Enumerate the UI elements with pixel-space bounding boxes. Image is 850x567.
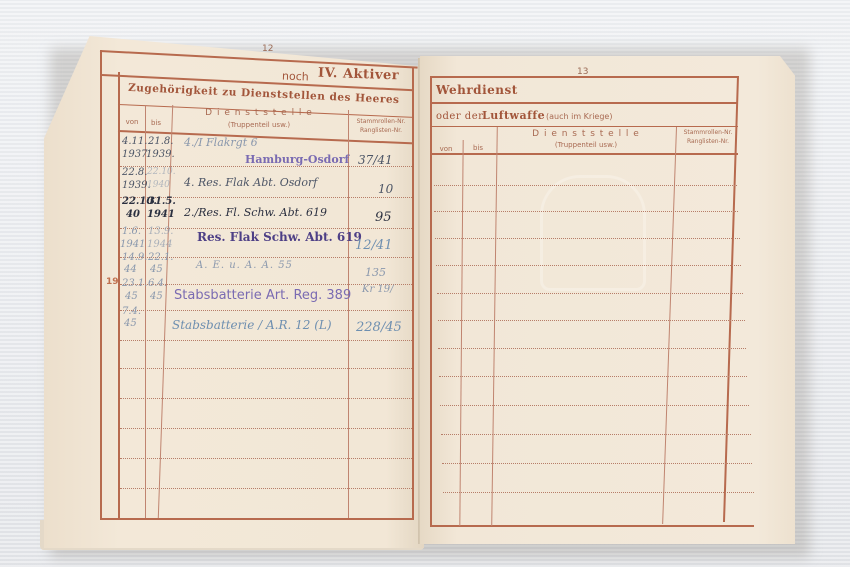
header-title: IV. Aktiver bbox=[318, 66, 400, 84]
row-line bbox=[435, 238, 740, 239]
row-line bbox=[120, 458, 412, 459]
row-von-day: 7.4. bbox=[122, 306, 141, 317]
row-line bbox=[442, 463, 752, 464]
row-number: 228/45 bbox=[356, 320, 402, 335]
row-line bbox=[436, 265, 741, 266]
row-stamp: Res. Flak Schw. Abt. 619 bbox=[197, 230, 362, 244]
inner-frame-left bbox=[118, 72, 120, 518]
header-divider bbox=[430, 102, 738, 104]
row-number: 95 bbox=[375, 210, 392, 225]
col-header-stamm: Stammrollen-Nr. bbox=[350, 118, 412, 125]
row-number: 12/41 bbox=[355, 238, 392, 253]
row-von-year: 1937 bbox=[122, 149, 147, 160]
eagle-watermark bbox=[540, 175, 646, 291]
row-dienststelle: Stabsbatterie / A.R. 12 (L) bbox=[172, 318, 332, 332]
col-header-bis: bis bbox=[463, 144, 493, 152]
row-number: 37/41 bbox=[358, 153, 393, 167]
row-line bbox=[438, 320, 745, 321]
row-line bbox=[434, 211, 738, 212]
col-header-dienststelle-sub: (Truppenteil usw.) bbox=[496, 141, 676, 149]
row-bis-day: 13.9. bbox=[148, 226, 173, 237]
row-bis-year: 45 bbox=[150, 264, 163, 275]
row-bis-year: 1944 bbox=[147, 239, 172, 250]
column-header-top bbox=[430, 126, 738, 127]
row-line bbox=[120, 310, 412, 311]
col-header-von: von bbox=[120, 118, 144, 126]
subheader-title: Luftwaffe bbox=[482, 109, 545, 122]
row-bis-day: 22.1. bbox=[148, 252, 173, 263]
row-bis-year: 1941 bbox=[147, 209, 175, 220]
row-stamp: Hamburg-Osdorf bbox=[245, 153, 349, 166]
row-line bbox=[441, 434, 751, 435]
row-von-year: 40 bbox=[126, 209, 140, 220]
row-line bbox=[120, 340, 412, 341]
row-number: 135 bbox=[365, 266, 386, 279]
page-number-left: 12 bbox=[262, 44, 273, 54]
col-header-bis: bis bbox=[146, 119, 166, 127]
row-line bbox=[437, 293, 743, 294]
subheader-suffix: (auch im Kriege) bbox=[546, 112, 612, 121]
row-stamp: Stabsbatterie Art. Reg. 389 bbox=[174, 288, 351, 303]
row-line bbox=[434, 185, 737, 186]
row-dienststelle: 4. Res. Flak Abt. Osdorf bbox=[184, 176, 317, 189]
row-von-year: 44 bbox=[124, 264, 137, 275]
row-number: Kr 19/ bbox=[362, 284, 394, 295]
header-title: Wehrdienst bbox=[436, 83, 518, 97]
col-divider-nr bbox=[348, 110, 349, 518]
row-bis-year: 1939. bbox=[146, 149, 175, 160]
row-line bbox=[120, 488, 412, 489]
row-line bbox=[438, 348, 746, 349]
row-von-day: 23.1. bbox=[122, 278, 147, 289]
row-line bbox=[440, 405, 749, 406]
row-bis-day: 21.8. bbox=[148, 136, 173, 147]
row-bis-day: 31.5. bbox=[148, 196, 176, 207]
row-line bbox=[120, 368, 412, 369]
row-line bbox=[443, 492, 754, 493]
row-von-day: 14.9. bbox=[122, 252, 147, 263]
row-von-year: 45 bbox=[125, 291, 138, 302]
row-bis-day: 22.10. bbox=[147, 167, 176, 177]
row-von-year: 45 bbox=[124, 318, 137, 329]
frame-right bbox=[412, 68, 414, 520]
col-header-dienststelle-sub: (Truppenteil usw.) bbox=[170, 121, 348, 129]
row-line bbox=[120, 428, 412, 429]
row-dienststelle: A. E. u. A. A. 55 bbox=[196, 260, 293, 271]
col-header-dienststelle: D i e n s t s t e l l e bbox=[496, 129, 676, 139]
row-von-day: 4.11. bbox=[122, 136, 147, 147]
row-von-year: 1941 bbox=[120, 239, 145, 250]
col-header-rang: Ranglisten-Nr. bbox=[677, 138, 739, 145]
row-dienststelle: 4./I Flakrgt 6 bbox=[184, 136, 258, 149]
row-dienststelle: 2./Res. Fl. Schw. Abt. 619 bbox=[184, 206, 327, 219]
row-number: 10 bbox=[378, 182, 393, 196]
row-bis-day: 6.4. bbox=[148, 278, 167, 289]
row-bis-year: 45 bbox=[150, 291, 163, 302]
row-line bbox=[120, 398, 412, 399]
frame-bottom bbox=[430, 525, 754, 527]
row-von-day: 1.6. bbox=[122, 226, 141, 237]
subheader-prefix: oder der bbox=[436, 111, 483, 122]
margin-number: 19 bbox=[106, 277, 119, 287]
col-header-stamm: Stammrollen-Nr. bbox=[677, 129, 739, 136]
header-prefix: noch bbox=[282, 70, 309, 84]
col-header-rang: Ranglisten-Nr. bbox=[350, 127, 412, 134]
row-von-day: 22.8. bbox=[122, 167, 147, 178]
col-header-von: von bbox=[432, 145, 460, 153]
row-bis-year: 1940 bbox=[147, 180, 170, 190]
column-header-bottom bbox=[430, 153, 738, 155]
frame-left bbox=[430, 76, 432, 526]
col-header-dienststelle: D i e n s t s t e l l e bbox=[170, 108, 348, 118]
frame-top bbox=[430, 76, 738, 78]
row-line bbox=[439, 376, 747, 377]
frame-left bbox=[100, 50, 102, 520]
frame-bottom bbox=[100, 518, 414, 520]
